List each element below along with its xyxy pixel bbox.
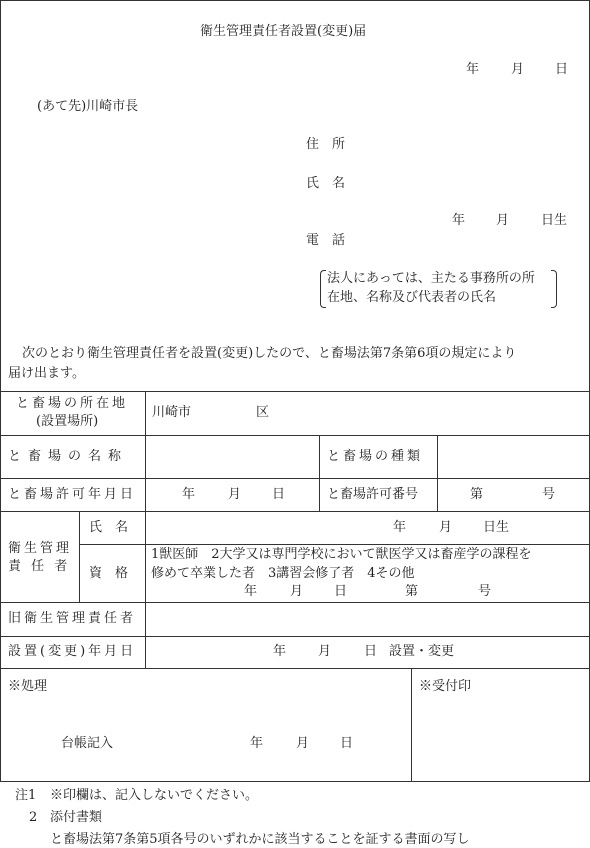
note2-num: 2 xyxy=(29,811,37,824)
manager-birth-year: 年 xyxy=(393,521,406,534)
permit-year: 年 xyxy=(182,488,195,501)
table-bottom-line xyxy=(0,781,590,782)
statement-line2: 届け出ます。 xyxy=(8,367,85,380)
manager-name-input[interactable] xyxy=(148,514,587,542)
note1-num: 注1 xyxy=(15,789,36,802)
manager-label-1: 衛生管理 xyxy=(8,542,72,555)
qualification-label: 資 格 xyxy=(89,567,128,580)
processing-label: ※処理 xyxy=(8,680,47,693)
change-date-label: 設置(変更)年月日 xyxy=(8,645,136,658)
phone-label: 電 話 xyxy=(306,234,345,247)
change-year: 年 xyxy=(273,645,286,658)
address-label: 住 所 xyxy=(306,138,345,151)
former-manager-label: 旧衛生管理責任者 xyxy=(8,612,136,625)
date-year: 年 xyxy=(466,63,479,76)
qualification-month: 月 xyxy=(290,585,303,598)
qualification-day: 日 xyxy=(334,585,347,598)
manager-birth-day: 日生 xyxy=(483,521,509,534)
change-kind: 設置・変更 xyxy=(389,645,454,658)
former-manager-input[interactable] xyxy=(148,605,587,633)
note2-text: 添付書類 xyxy=(50,811,102,824)
row-line xyxy=(0,602,590,603)
ledger-label: 台帳記入 xyxy=(61,737,113,750)
row-line xyxy=(0,636,590,637)
ledger-month: 月 xyxy=(296,737,309,750)
receipt-stamp-label: ※受付印 xyxy=(419,680,471,693)
facility-name-label: と畜場の名称 xyxy=(8,450,128,463)
birth-day: 日生 xyxy=(541,214,567,227)
row-line xyxy=(0,668,590,669)
manager-birth-month: 月 xyxy=(439,521,452,534)
name-label: 氏 名 xyxy=(306,177,345,190)
location-label-2: (設置場所) xyxy=(36,415,98,428)
permit-no-label: と畜場許可番号 xyxy=(327,488,418,501)
ledger-day: 日 xyxy=(340,737,353,750)
qualification-line2: 修めて卒業した者 3講習会修了者 4その他 xyxy=(151,567,415,580)
location-label-1: と畜場の所在地 xyxy=(16,397,128,410)
qualification-line1: 1獣医師 2大学又は専門学校において獣医学又は畜産学の課程を xyxy=(151,548,532,561)
date-day: 日 xyxy=(555,63,568,76)
row-line xyxy=(0,478,590,479)
facility-name-input[interactable] xyxy=(148,438,316,475)
note2-detail: と畜場法第7条第5項各号のいずれかに該当することを証する書面の写し xyxy=(50,833,470,846)
bracket-left xyxy=(320,270,326,308)
facility-type-label: と畜場の種類 xyxy=(327,450,423,463)
permit-month: 月 xyxy=(228,488,241,501)
row-line xyxy=(0,511,590,512)
col-line xyxy=(145,391,146,668)
bracket-right xyxy=(551,270,557,308)
change-day: 日 xyxy=(364,645,377,658)
col-line xyxy=(79,511,80,602)
date-month: 月 xyxy=(511,63,524,76)
row-line xyxy=(79,544,590,545)
row-line xyxy=(0,435,590,436)
change-month: 月 xyxy=(318,645,331,658)
qualification-no-prefix: 第 xyxy=(405,585,418,598)
permit-no-suffix: 号 xyxy=(542,488,555,501)
manager-name-label: 氏 名 xyxy=(89,521,128,534)
col-line xyxy=(319,435,320,511)
permit-no-prefix: 第 xyxy=(470,488,483,501)
location-input[interactable] xyxy=(150,395,585,431)
corporate-note-line1: 法人にあっては、主たる事務所の所 xyxy=(327,272,535,285)
facility-type-input[interactable] xyxy=(440,438,587,475)
birth-month: 月 xyxy=(496,214,509,227)
qualification-year: 年 xyxy=(244,585,257,598)
col-line xyxy=(437,435,438,511)
table-top-line xyxy=(0,391,590,392)
permit-date-label: と畜場許可年月日 xyxy=(8,488,136,501)
corporate-note-line2: 在地、名称及び代表者の氏名 xyxy=(327,291,496,304)
statement-line1: 次のとおり衛生管理責任者を設置(変更)したので、と畜場法第7条第6項の規定により xyxy=(22,347,516,360)
ledger-year: 年 xyxy=(250,737,263,750)
qualification-no-suffix: 号 xyxy=(478,585,491,598)
note1-text: ※印欄は、記入しないでください。 xyxy=(50,789,258,802)
permit-day: 日 xyxy=(272,488,285,501)
form-title: 衛生管理責任者設置(変更)届 xyxy=(200,25,366,38)
col-line xyxy=(411,668,412,781)
manager-label-2: 責 任 者 xyxy=(8,560,70,573)
birth-year: 年 xyxy=(452,214,465,227)
addressee: (あて先)川崎市長 xyxy=(37,100,138,113)
